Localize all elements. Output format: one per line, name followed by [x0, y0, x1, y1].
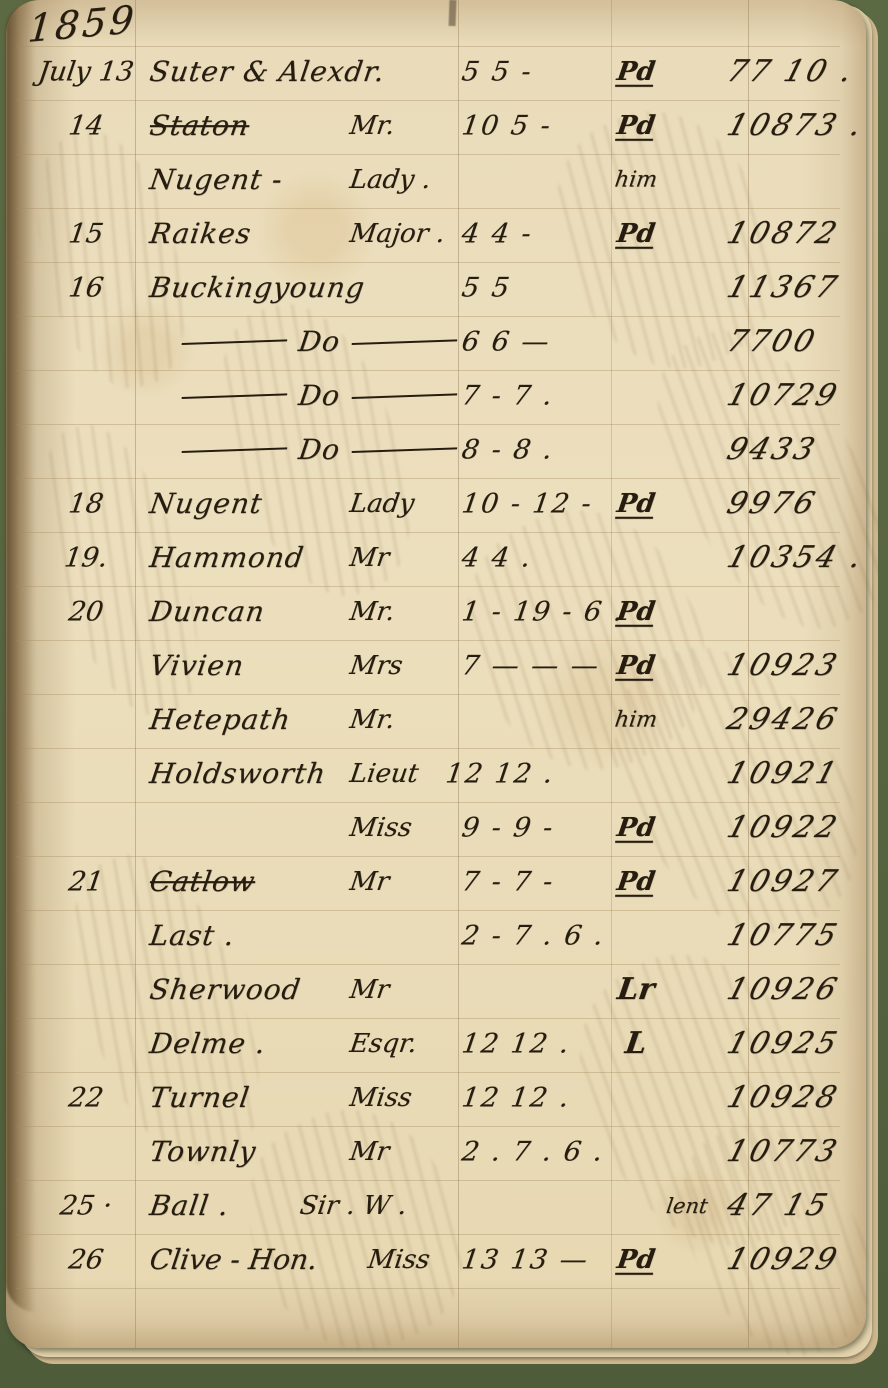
client-name: Hetepath — [148, 703, 293, 736]
ledger-number: 10925 — [723, 1026, 883, 1061]
client-name: Holdsworth — [148, 757, 329, 790]
ledger-row: 16Buckingyoung5 511367 — [0, 262, 888, 316]
client-name: Suter & Alexdr. — [148, 55, 387, 88]
entry-date: 25 · — [28, 1190, 144, 1221]
ledger-number: 10873 . — [723, 108, 883, 143]
payment-mark: Pd — [594, 489, 678, 519]
ledger-row: Last .2 - 7 . 6 .10775 — [0, 910, 888, 964]
client-title: Mr. — [348, 597, 397, 627]
ditto-mark: Do — [180, 433, 460, 466]
ledger-number: 10923 — [723, 648, 883, 683]
fee-amount: 4 4 . — [460, 542, 534, 573]
fee-amount: 5 5 - — [460, 56, 535, 87]
ledger-row: Nugent -Lady .him — [0, 154, 888, 208]
client-name: Delme . — [148, 1027, 269, 1060]
fee-amount: 12 12 . — [460, 1028, 573, 1059]
client-title: Mr. — [348, 705, 397, 735]
ledger-row: Do7 - 7 .10729 — [0, 370, 888, 424]
client-title: Lieut — [348, 759, 420, 789]
payment-mark: Pd — [594, 111, 678, 141]
client-name: Catlow — [148, 865, 258, 898]
entry-date: 20 — [28, 596, 144, 627]
ledger-number: 11367 — [723, 270, 883, 305]
ledger-row: 15RaikesMajor .4 4 -Pd10872 — [0, 208, 888, 262]
client-title: Mr — [348, 1137, 391, 1167]
entry-date: 18 — [28, 488, 144, 519]
ledger-row: 14StatonMr.10 5 -Pd10873 . — [0, 100, 888, 154]
entry-date: July 13 — [28, 56, 144, 87]
client-title: Lady — [348, 489, 416, 519]
ledger-number: 10872 — [723, 216, 883, 251]
ledger-row: Miss9 - 9 -Pd10922 — [0, 802, 888, 856]
ledger-number: 10775 — [723, 918, 883, 953]
client-title: Mrs — [348, 651, 405, 681]
fee-amount: 6 6 — — [460, 326, 553, 357]
ledger-number: 10729 — [723, 378, 883, 413]
ledger-row: VivienMrs7 — — —Pd10923 — [0, 640, 888, 694]
fee-amount: 5 5 — [460, 272, 513, 303]
entry-date: 19. — [28, 542, 144, 573]
client-title: Miss — [366, 1245, 432, 1275]
payment-mark: him — [594, 708, 678, 733]
fee-amount: 8 - 8 . — [460, 434, 556, 465]
ledger-row: 20DuncanMr.1 - 19 - 6 .Pd — [0, 586, 888, 640]
client-title: Esqr. — [348, 1029, 419, 1059]
ledger-number: 47 15 — [723, 1188, 883, 1223]
client-name: Sherwood — [148, 973, 303, 1006]
fee-amount: 10 5 - — [460, 110, 554, 141]
fee-amount: 9 - 9 - — [460, 812, 557, 843]
ledger-number: 7700 — [723, 324, 883, 359]
ledger-number: 9976 — [723, 486, 883, 521]
ledger-row: 19.HammondMr4 4 .10354 . — [0, 532, 888, 586]
ledger-row: Delme .Esqr.12 12 .L10925 — [0, 1018, 888, 1072]
payment-mark: lent — [650, 1194, 723, 1218]
fee-amount: 12 12 . — [460, 1082, 573, 1113]
client-title: Lady . — [348, 165, 433, 195]
client-name: Raikes — [148, 217, 254, 250]
client-title: Miss — [348, 813, 414, 843]
payment-mark: Pd — [594, 219, 678, 249]
fee-amount: 12 12 . — [444, 758, 557, 789]
client-name: Duncan — [148, 595, 268, 628]
fee-amount: 4 4 - — [460, 218, 535, 249]
fee-amount: 7 - 7 . — [460, 380, 556, 411]
ledger-scan: 1859 July 13Suter & Alexdr.5 5 -Pd77 10 … — [0, 0, 888, 1388]
ledger-number: 29426 — [723, 702, 883, 737]
client-title: Mr — [348, 543, 391, 573]
ledger-number: 10927 — [723, 864, 883, 899]
ledger-number: 10926 — [723, 972, 883, 1007]
ledger-number: 9433 — [723, 432, 883, 467]
entry-date: 26 — [28, 1244, 144, 1275]
ledger-row: 26Clive - Hon.Miss13 13 —Pd10929 — [0, 1234, 888, 1288]
ditto-mark: Do — [180, 325, 460, 358]
ledger-number: 10354 . — [723, 540, 883, 575]
ledger-row: 25 ·Ball .Sir . W .lent47 15 — [0, 1180, 888, 1234]
ledger-row: SherwoodMrLr10926 — [0, 964, 888, 1018]
binding-smudge — [449, 0, 457, 26]
client-title: Mr — [348, 867, 391, 897]
ledger-row: HoldsworthLieut12 12 .10921 — [0, 748, 888, 802]
client-name: Vivien — [148, 649, 247, 682]
ledger-row: 22TurnelMiss12 12 .10928 — [0, 1072, 888, 1126]
client-name: Nugent — [148, 487, 265, 520]
ledger-row: Do8 - 8 .9433 — [0, 424, 888, 478]
entry-date: 15 — [28, 218, 144, 249]
payment-mark: Pd — [594, 57, 678, 87]
fee-amount: 2 . 7 . 6 . — [460, 1136, 607, 1167]
ledger-number: 10921 — [723, 756, 883, 791]
entry-date: 14 — [28, 110, 144, 141]
client-name: Nugent - — [148, 163, 285, 196]
ledger-number: 10922 — [723, 810, 883, 845]
client-name: Ball . — [148, 1189, 232, 1222]
ledger-row: 18NugentLady10 - 12 -Pd9976 — [0, 478, 888, 532]
client-name: Buckingyoung — [148, 271, 367, 304]
payment-mark: Pd — [594, 597, 678, 627]
client-name: Last . — [148, 919, 237, 952]
ledger-row: TownlyMr2 . 7 . 6 .10773 — [0, 1126, 888, 1180]
payment-mark: Pd — [594, 651, 678, 681]
client-title: Sir . W . — [298, 1191, 409, 1221]
entry-date: 22 — [28, 1082, 144, 1113]
ledger-rows: July 13Suter & Alexdr.5 5 -Pd77 10 .14St… — [0, 46, 888, 1288]
client-title: Major . — [348, 219, 447, 249]
fee-amount: 13 13 — — [460, 1244, 591, 1275]
client-name: Townly — [148, 1135, 259, 1168]
fee-amount: 7 - 7 - — [460, 866, 557, 897]
ledger-number: 10773 — [723, 1134, 883, 1169]
payment-mark: Lr — [594, 972, 679, 1007]
entry-date: 21 — [28, 866, 144, 897]
ledger-row: July 13Suter & Alexdr.5 5 -Pd77 10 . — [0, 46, 888, 100]
payment-mark: Pd — [594, 813, 678, 843]
client-name: Hammond — [148, 541, 307, 574]
ditto-mark: Do — [180, 379, 460, 412]
client-title: Mr — [348, 975, 391, 1005]
fee-amount: 10 - 12 - — [460, 488, 595, 519]
client-name: Clive - Hon. — [148, 1243, 320, 1276]
ledger-row: 21CatlowMr7 - 7 -Pd10927 — [0, 856, 888, 910]
client-title: Miss — [348, 1083, 414, 1113]
fee-amount: 7 — — — — [460, 650, 602, 681]
payment-mark: Pd — [594, 867, 678, 897]
ledger-number: 77 10 . — [723, 54, 883, 89]
payment-mark: L — [594, 1026, 679, 1061]
client-name: Staton — [148, 109, 252, 142]
ledger-number: 10929 — [723, 1242, 883, 1277]
ledger-row: HetepathMr.him29426 — [0, 694, 888, 748]
entry-date: 16 — [28, 272, 144, 303]
client-title: Mr. — [348, 111, 397, 141]
fee-amount: 2 - 7 . 6 . — [460, 920, 607, 951]
payment-mark: him — [594, 168, 678, 193]
client-name: Turnel — [148, 1081, 252, 1114]
payment-mark: Pd — [594, 1245, 678, 1275]
ledger-row: Do6 6 —7700 — [0, 316, 888, 370]
ledger-number: 10928 — [723, 1080, 883, 1115]
